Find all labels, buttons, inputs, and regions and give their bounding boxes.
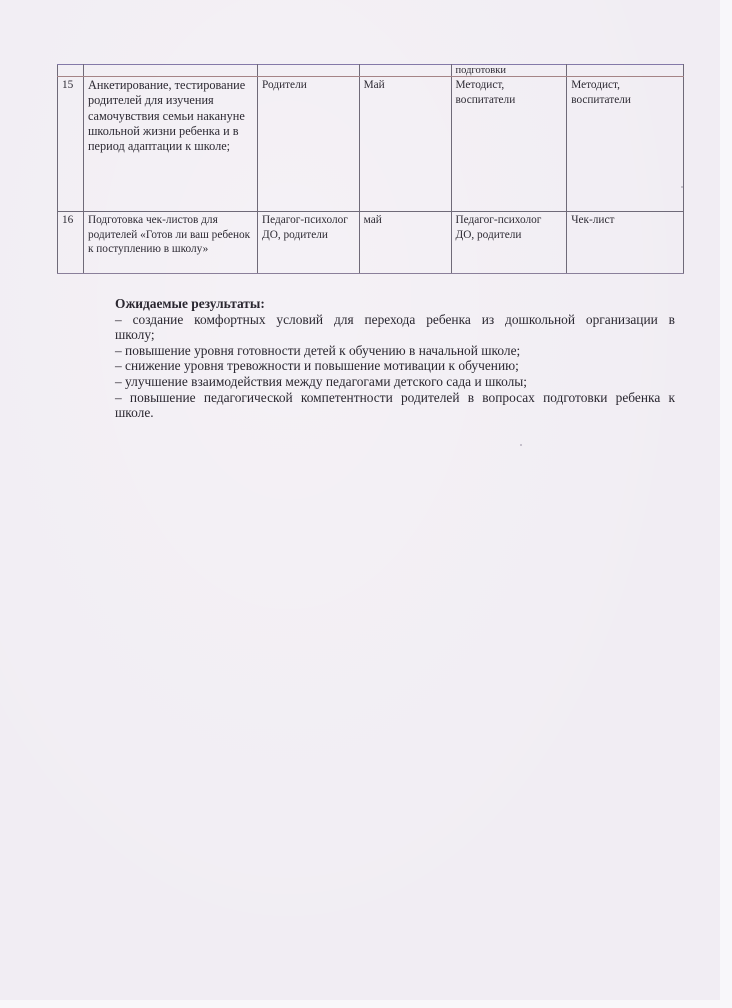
expected-result-item: – улучшение взаимодействия между педагог… [115, 374, 675, 390]
activity-plan-table: подготовки 15 Анкетирование, тестировани… [57, 64, 684, 274]
cell-activity: Анкетирование, тестирование родителей дл… [83, 77, 257, 212]
table-row-continued: подготовки [58, 65, 684, 77]
cell-responsible: подготовки [451, 65, 567, 77]
table-row: 15 Анкетирование, тестирование родителей… [58, 77, 684, 212]
cell-participants: Родители [258, 77, 360, 212]
cell-result [567, 65, 684, 77]
cell-responsible: Педагог-психолог ДО, родители [451, 212, 567, 274]
expected-results-section: Ожидаемые результаты: – создание комфорт… [115, 296, 675, 421]
cell-activity [83, 65, 257, 77]
cell-participants [258, 65, 360, 77]
cell-activity: Подготовка чек-листов для родителей «Гот… [83, 212, 257, 274]
scan-speck [520, 444, 522, 446]
cell-date: Май [359, 77, 451, 212]
cell-date: май [359, 212, 451, 274]
cell-number: 16 [58, 212, 84, 274]
table-row: 16 Подготовка чек-листов для родителей «… [58, 212, 684, 274]
scan-speck [681, 186, 683, 188]
expected-result-item: – повышение уровня готовности детей к об… [115, 343, 675, 359]
cell-date [359, 65, 451, 77]
cell-number [58, 65, 84, 77]
expected-result-item: – повышение педагогической компетентност… [115, 390, 675, 421]
expected-results-heading: Ожидаемые результаты: [115, 296, 675, 312]
cell-participants: Педагог-психолог ДО, родители [258, 212, 360, 274]
expected-result-item: – создание комфортных условий для перехо… [115, 312, 675, 343]
expected-result-item: – снижение уровня тревожности и повышени… [115, 358, 675, 374]
cell-result: Чек-лист [567, 212, 684, 274]
cell-responsible: Методист, воспитатели [451, 77, 567, 212]
cell-number: 15 [58, 77, 84, 212]
scanned-page: подготовки 15 Анкетирование, тестировани… [0, 0, 720, 1000]
cell-result: Методист, воспитатели [567, 77, 684, 212]
